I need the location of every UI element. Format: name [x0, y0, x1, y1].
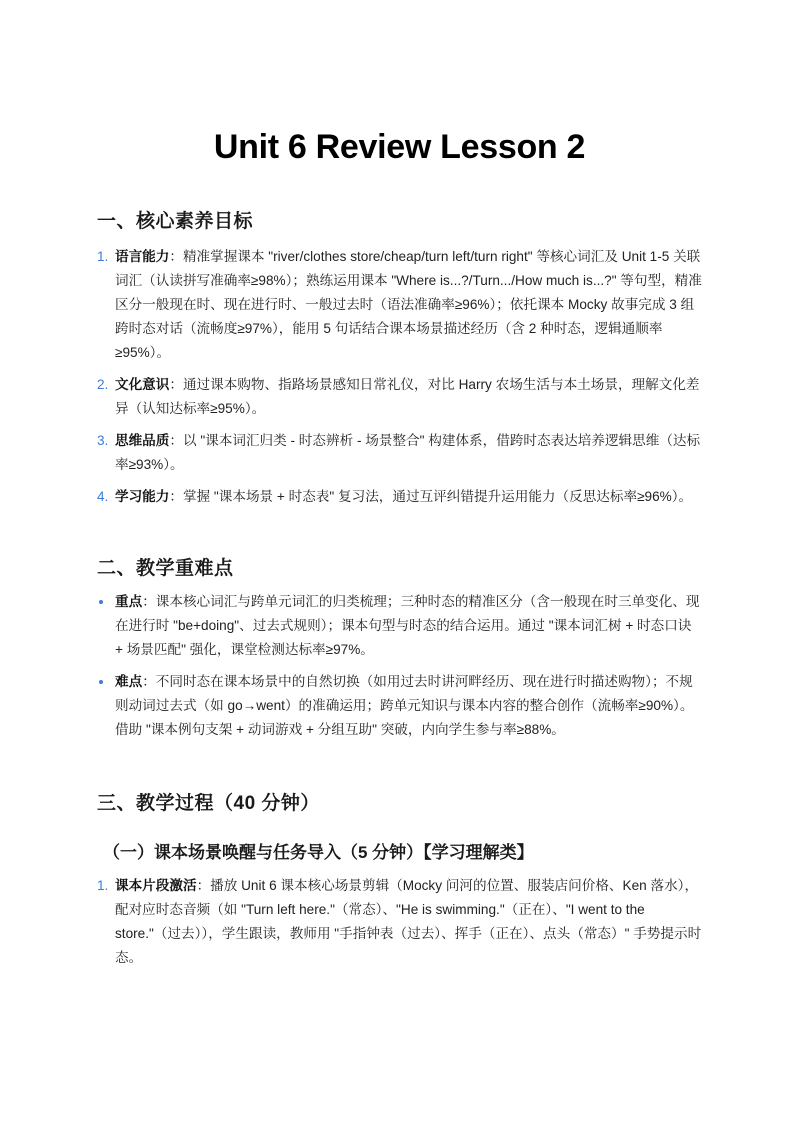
- key-difficulties-list: 重点：课本核心词汇与跨单元词汇的归类梳理；三种时态的精准区分（含一般现在时三单变…: [97, 590, 702, 750]
- item-text: ：课本核心词汇与跨单元词汇的归类梳理；三种时态的精准区分（含一般现在时三单变化、…: [115, 594, 700, 657]
- list-number: 3.: [97, 429, 108, 453]
- scene-warmup-list: 1. 课本片段激活：播放 Unit 6 课本核心场景剪辑（Mocky 问河的位置…: [97, 874, 702, 978]
- item-label: 课本片段激活: [115, 878, 197, 893]
- item-text: ：播放 Unit 6 课本核心场景剪辑（Mocky 问河的位置、服装店问价格、K…: [115, 878, 701, 965]
- list-item: 3. 思维品质：以 "课本词汇归类 - 时态辨析 - 场景整合" 构建体系，借跨…: [97, 429, 702, 477]
- list-item: 难点：不同时态在课本场景中的自然切换（如用过去时讲河畔经历、现在进行时描述购物）…: [97, 670, 702, 742]
- list-item: 重点：课本核心词汇与跨单元词汇的归类梳理；三种时态的精准区分（含一般现在时三单变…: [97, 590, 702, 662]
- list-number: 2.: [97, 373, 108, 397]
- section-heading-core-goals: 一、核心素养目标: [97, 206, 253, 233]
- item-text: ：通过课本购物、指路场景感知日常礼仪，对比 Harry 农场生活与本土场景，理解…: [115, 377, 700, 416]
- bullet-icon: [99, 680, 103, 684]
- list-number: 1.: [97, 245, 108, 269]
- list-number: 4.: [97, 485, 108, 509]
- list-item: 1. 语言能力：精准掌握课本 "river/clothes store/chea…: [97, 245, 702, 365]
- section-heading-teaching-process: 三、教学过程（40 分钟）: [97, 788, 320, 815]
- item-text: ：以 "课本词汇归类 - 时态辨析 - 场景整合" 构建体系，借跨时态表达培养逻…: [115, 433, 700, 472]
- item-label: 思维品质: [115, 433, 169, 448]
- item-label: 语言能力: [115, 249, 169, 264]
- item-text: ：不同时态在课本场景中的自然切换（如用过去时讲河畔经历、现在进行时描述购物）；不…: [115, 674, 693, 737]
- subsection-heading-scene-warmup: （一）课本场景唤醒与任务导入（5 分钟）【学习理解类】: [103, 838, 534, 863]
- list-number: 1.: [97, 874, 108, 898]
- list-item: 2. 文化意识：通过课本购物、指路场景感知日常礼仪，对比 Harry 农场生活与…: [97, 373, 702, 421]
- item-text: ：掌握 "课本场景 + 时态表" 复习法，通过互评纠错提升运用能力（反思达标率≥…: [169, 489, 692, 504]
- core-goals-list: 1. 语言能力：精准掌握课本 "river/clothes store/chea…: [97, 245, 702, 517]
- list-item: 1. 课本片段激活：播放 Unit 6 课本核心场景剪辑（Mocky 问河的位置…: [97, 874, 702, 970]
- item-text: ：精准掌握课本 "river/clothes store/cheap/turn …: [115, 249, 702, 360]
- item-label: 学习能力: [115, 489, 169, 504]
- bullet-icon: [99, 600, 103, 604]
- item-label: 重点: [115, 594, 142, 609]
- list-item: 4. 学习能力：掌握 "课本场景 + 时态表" 复习法，通过互评纠错提升运用能力…: [97, 485, 702, 509]
- item-label: 难点: [115, 674, 142, 689]
- document-title: Unit 6 Review Lesson 2: [97, 128, 702, 167]
- item-label: 文化意识: [115, 377, 169, 392]
- section-heading-key-difficulties: 二、教学重难点: [97, 553, 234, 580]
